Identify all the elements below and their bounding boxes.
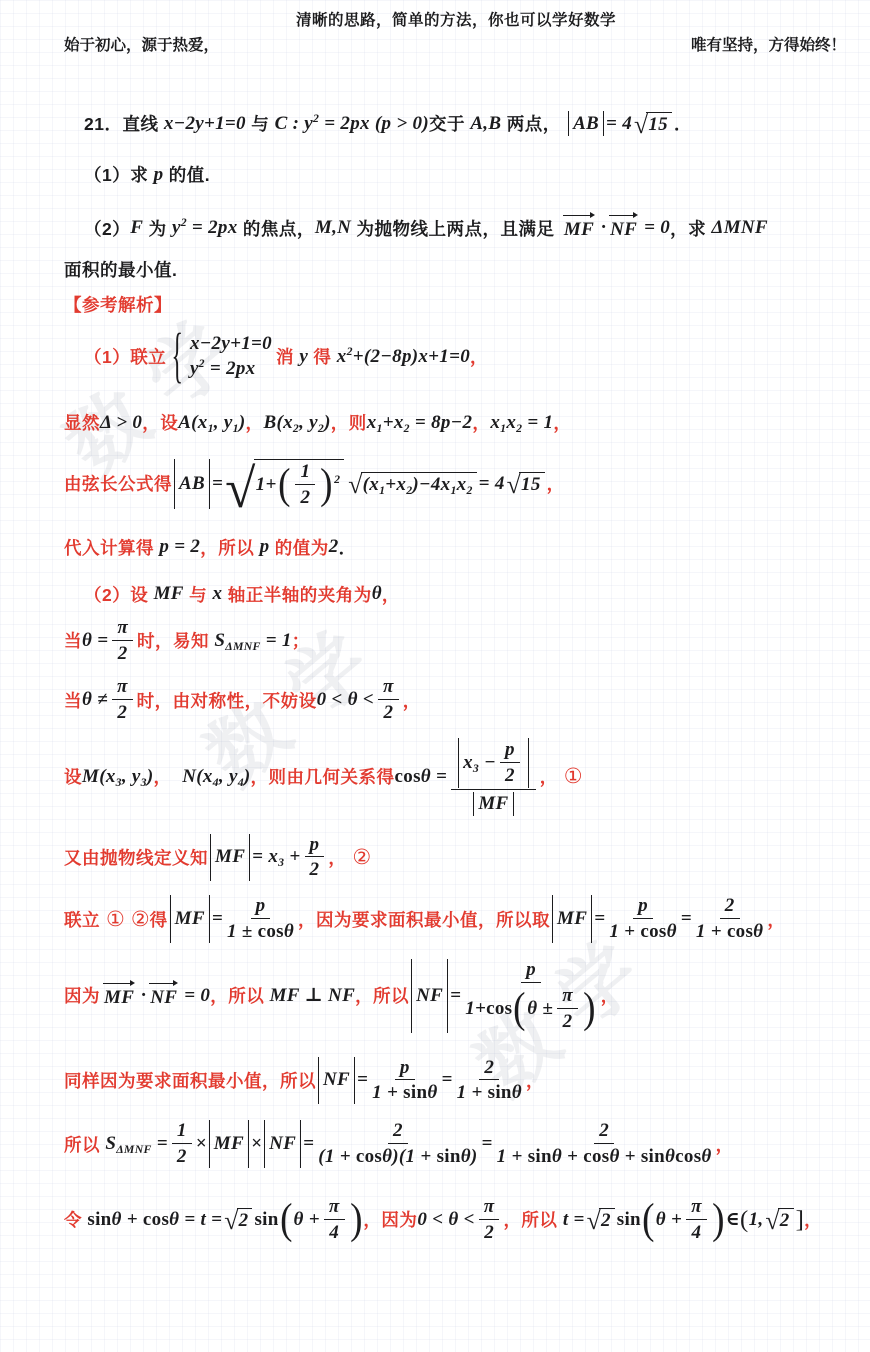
problem-part2-cont: 面积的最小值. — [64, 257, 848, 282]
solution-line-8: 设M(x3, y3)， N(x4, y4)，则由几何关系得cosθ =x3 −p… — [64, 738, 848, 816]
solution-line-4: 代入计算得 p = 2，所以 p 的值为2． — [64, 535, 848, 560]
problem-part1: （1）求 p 的值. — [64, 162, 848, 187]
answer-heading: 【参考解析】 — [64, 292, 848, 317]
problem-statement: 21．直线 x−2y+1=0 与 C : y2 = 2px (p > 0)交于 … — [64, 111, 848, 136]
solution-line-6: 当θ =π2时，易知 SΔMNF = 1； — [64, 617, 848, 665]
solution-line-13: 所以 SΔMNF =12×MF×NF=2(1 + cosθ)(1 + sinθ)… — [64, 1120, 848, 1168]
solution-line-10: 联立①②得MF=p1 ± cosθ，因为要求面积最小值，所以取MF=p1 + c… — [64, 895, 848, 943]
solution-line-12: 同样因为要求面积最小值，所以NF=p1 + sinθ=21 + sinθ， — [64, 1057, 848, 1105]
solution-line-2: 显然Δ > 0，设A(x1, y1)，B(x2, y2)，则x1+x2 = 8p… — [64, 410, 848, 435]
solution-line-7: 当θ ≠π2时，由对称性，不妨设0 < θ <π2， — [64, 676, 848, 724]
solution-line-1: （1）联立{x−2y+1=0y2 = 2px消 y 得 x2+(2−8p)x+1… — [64, 333, 848, 380]
page-header: 清晰的思路，简单的方法，你也可以学好数学 始于初心，源于热爱， 唯有坚持，方得始… — [64, 8, 848, 55]
problem-part2: （2）F 为 y2 = 2px 的焦点，M,N 为抛物线上两点，且满足 MF·N… — [64, 215, 848, 241]
header-slogan: 清晰的思路，简单的方法，你也可以学好数学 — [64, 8, 848, 30]
document-body: 21．直线 x−2y+1=0 与 C : y2 = 2px (p > 0)交于 … — [64, 111, 848, 1244]
solution-line-9: 又由抛物线定义知MF= x3 +p2，② — [64, 834, 848, 882]
solution-line-11: 因为MF·NF= 0，所以 MF ⊥ NF，所以NF=p1+cos(θ ±π2)… — [64, 959, 848, 1033]
solution-line-5: （2）设 MF 与 x 轴正半轴的夹角为θ， — [64, 582, 848, 607]
solution-line-14: 令 sinθ + cosθ = t =√2sin(θ +π4)，因为0 < θ … — [64, 1196, 848, 1244]
header-left-motto: 始于初心，源于热爱， — [64, 33, 219, 55]
header-right-motto: 唯有坚持，方得始终！ — [691, 33, 846, 55]
worksheet-page: 数学 数学 数学 清晰的思路，简单的方法，你也可以学好数学 始于初心，源于热爱，… — [0, 0, 870, 1352]
solution-line-3: 由弦长公式得AB=√1+(12)2√(x1+x2)−4x1x2= 4√15， — [64, 459, 848, 509]
